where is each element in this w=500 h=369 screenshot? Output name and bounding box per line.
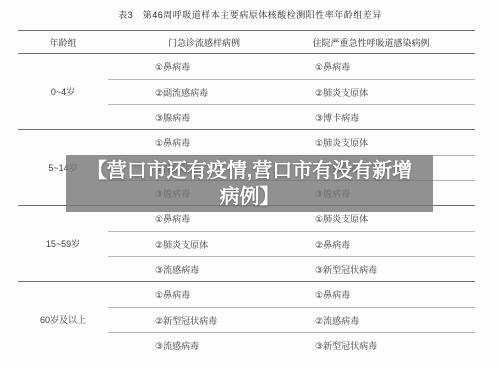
sari-rank-3: ③博卡病毒 [300, 111, 475, 124]
pathogen-ranking-rows: ①鼻病毒 ①肺炎支原体 ②肺炎支原体 ②鼻病毒 ③流感病毒 ③新型冠状病毒 [108, 206, 475, 281]
ili-rank-2: ②副流感病毒 [108, 86, 300, 99]
table-row: ③流感病毒 ③新型冠状病毒 [108, 332, 475, 357]
table-row: ③流感病毒 ③新型冠状病毒 [108, 256, 475, 281]
ili-rank-3: ③腺病毒 [108, 111, 300, 124]
pathogen-ranking-rows: ①鼻病毒 ①鼻病毒 ②副流感病毒 ②肺炎支原体 ③腺病毒 ③博卡病毒 [108, 54, 475, 129]
col-header-hospitalized-sari: 住院严重急性呼吸道感染病例 [300, 36, 475, 49]
age-label: 15~59岁 [18, 206, 108, 281]
age-group-row-0-4: 0~4岁 ①鼻病毒 ①鼻病毒 ②副流感病毒 ②肺炎支原体 ③腺病毒 ③博卡病毒 [18, 54, 475, 130]
table-row: ②新型冠状病毒 ②流感病毒 [108, 307, 475, 332]
ili-rank-3: ③流感病毒 [108, 339, 300, 352]
table-row: ①鼻病毒 ①鼻病毒 [108, 54, 475, 79]
watermark-headline-line1: 【营口市还有疫情,营口市有没有新增 [87, 158, 413, 184]
ili-rank-1: ①鼻病毒 [108, 136, 300, 149]
table-row: ①鼻病毒 ①鼻病毒 [108, 282, 475, 307]
ili-rank-2: ②新型冠状病毒 [108, 314, 300, 327]
table-figure: 表3 第46周呼吸道样本主要病原体核酸检测阳性率年龄组差异 年龄组 门急诊流感样… [0, 0, 500, 369]
table-row: ②肺炎支原体 ②鼻病毒 [108, 231, 475, 256]
table-row: ②副流感病毒 ②肺炎支原体 [108, 79, 475, 104]
ili-rank-1: ①鼻病毒 [108, 212, 300, 225]
age-label: 60岁及以上 [18, 282, 108, 357]
pathogen-ranking-rows: ①鼻病毒 ①鼻病毒 ②新型冠状病毒 ②流感病毒 ③流感病毒 ③新型冠状病毒 [108, 282, 475, 357]
age-label: 0~4岁 [18, 54, 108, 129]
sari-rank-1: ①鼻病毒 [300, 60, 475, 73]
sari-rank-2: ②流感病毒 [300, 314, 475, 327]
ili-rank-3: ③流感病毒 [108, 263, 300, 276]
sari-rank-3: ③新型冠状病毒 [300, 263, 475, 276]
ili-rank-1: ①鼻病毒 [108, 60, 300, 73]
ili-rank-2: ②肺炎支原体 [108, 238, 300, 251]
age-group-row-15-59: 15~59岁 ①鼻病毒 ①肺炎支原体 ②肺炎支原体 ②鼻病毒 ③流感病毒 ③新型… [18, 206, 475, 282]
ili-rank-1: ①鼻病毒 [108, 288, 300, 301]
sari-rank-1: ①鼻病毒 [300, 288, 475, 301]
table-row: ③腺病毒 ③博卡病毒 [108, 104, 475, 129]
col-header-age-group: 年龄组 [18, 36, 108, 49]
table-row: ①鼻病毒 ①肺炎支原体 [108, 130, 475, 155]
table-header-row: 年龄组 门急诊流感样病例 住院严重急性呼吸道感染病例 [18, 31, 475, 54]
watermark-headline-line2: 病例】 [220, 184, 280, 210]
sari-rank-2: ②鼻病毒 [300, 238, 475, 251]
sari-rank-2: ②肺炎支原体 [300, 86, 475, 99]
col-header-outpatient-ili: 门急诊流感样病例 [108, 36, 300, 49]
sari-rank-3: ③新型冠状病毒 [300, 339, 475, 352]
sari-rank-1: ①肺炎支原体 [300, 136, 475, 149]
watermark-headline: 【营口市还有疫情,营口市有没有新增 病例】 [66, 155, 433, 212]
age-group-row-60-plus: 60岁及以上 ①鼻病毒 ①鼻病毒 ②新型冠状病毒 ②流感病毒 ③流感病毒 ③新型… [18, 282, 475, 357]
sari-rank-1: ①肺炎支原体 [300, 212, 475, 225]
table-title: 表3 第46周呼吸道样本主要病原体核酸检测阳性率年龄组差异 [0, 8, 500, 21]
